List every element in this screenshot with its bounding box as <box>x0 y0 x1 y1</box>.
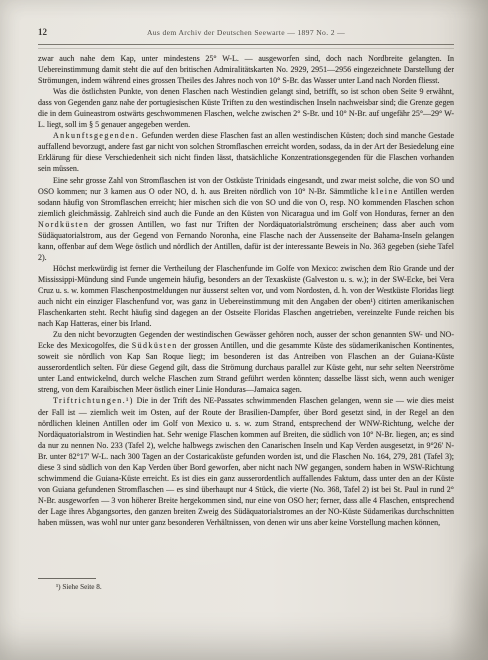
paragraph-7: Triftrichtungen.¹) Die in der Trift des … <box>38 395 454 528</box>
run-in-heading: Ankunftsgegenden. <box>53 131 139 140</box>
run-in-heading: kleine <box>371 187 399 196</box>
body-text: zwar auch nahe dem Kap, unter mindestens… <box>38 53 454 528</box>
run-in-heading: Südküsten <box>132 341 178 350</box>
scan-shadow <box>448 540 488 660</box>
paragraph-4: Eine sehr grosse Zahl von Stromflaschen … <box>38 175 454 263</box>
footnote-rule <box>38 578 96 579</box>
paragraph-1: zwar auch nahe dem Kap, unter mindestens… <box>38 53 454 86</box>
paragraph-3: Ankunftsgegenden. Gefunden werden diese … <box>38 130 454 174</box>
page-header: 12 Aus dem Archiv der Deutschen Seewarte… <box>38 27 454 40</box>
run-in-heading: Triftrichtungen.¹) <box>53 396 134 405</box>
header-rule <box>38 44 454 49</box>
footnote: ¹) Siehe Seite 8. <box>56 583 102 591</box>
run-in-heading: Nordküsten <box>38 220 89 229</box>
running-title: Aus dem Archiv der Deutschen Seewarte — … <box>38 28 454 37</box>
paragraph-2: Was die östlichsten Punkte, von denen Fl… <box>38 86 454 130</box>
document-page: 12 Aus dem Archiv der Deutschen Seewarte… <box>0 0 488 660</box>
paragraph-6: Zu den nicht bevorzugten Gegenden der we… <box>38 329 454 395</box>
paragraph-5: Höchst merkwürdig ist ferner die Verthei… <box>38 263 454 329</box>
